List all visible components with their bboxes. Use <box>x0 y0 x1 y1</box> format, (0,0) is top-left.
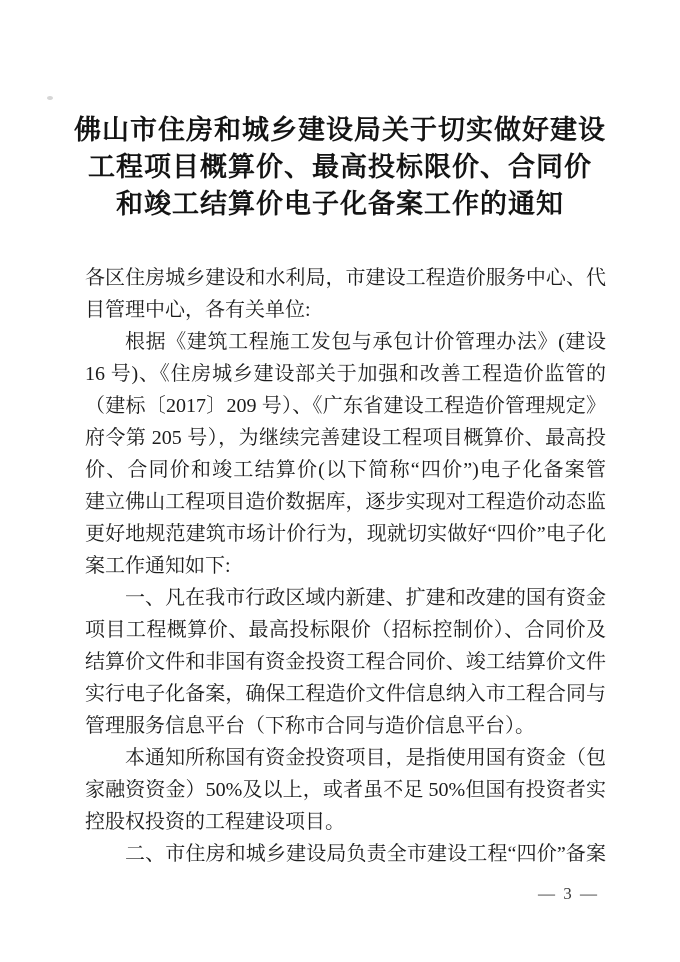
body-line: 各区住房城乡建设和水利局，市建设工程造价服务中心、代建项 <box>85 262 606 294</box>
preamble-paragraph: 根据《建筑工程施工发包与承包计价管理办法》(建设部令第 16 号)、《住房城乡建… <box>85 326 606 582</box>
body-line: 价、合同价和竣工结算价(以下简称“四价”)电子化备案管理， <box>85 454 606 486</box>
body-line: 管理服务信息平台（下称市合同与造价信息平台）。 <box>85 710 606 742</box>
document-body: 各区住房城乡建设和水利局，市建设工程造价服务中心、代建项 目管理中心，各有关单位… <box>85 262 606 870</box>
body-line: 案工作通知如下: <box>85 550 606 582</box>
body-line: 16 号)、《住房城乡建设部关于加强和改善工程造价监管的意见》 <box>85 358 606 390</box>
title-line: 佛山市住房和城乡建设局关于切实做好建设 <box>36 112 644 149</box>
body-line: 二、市住房和城乡建设局负责全市建设工程“四价”备案备 <box>85 838 606 870</box>
body-line: 实行电子化备案，确保工程造价文件信息纳入市工程合同与造价 <box>85 678 606 710</box>
body-line: 控股权投资的工程建设项目。 <box>85 806 606 838</box>
scan-artifact-speck <box>47 96 53 100</box>
scanned-document-page: 佛山市住房和城乡建设局关于切实做好建设 工程项目概算价、最高投标限价、合同价 和… <box>0 0 680 962</box>
body-line: 建立佛山工程项目造价数据库，逐步实现对工程造价动态监测， <box>85 486 606 518</box>
body-line: 一、凡在我市行政区域内新建、扩建和改建的国有资金投资 <box>85 582 606 614</box>
item-two-paragraph: 二、市住房和城乡建设局负责全市建设工程“四价”备案备 <box>85 838 606 870</box>
addressee-paragraph: 各区住房城乡建设和水利局，市建设工程造价服务中心、代建项 目管理中心，各有关单位… <box>85 262 606 326</box>
title-line: 和竣工结算价电子化备案工作的通知 <box>36 186 644 223</box>
item-one-paragraph: 一、凡在我市行政区域内新建、扩建和改建的国有资金投资 项目工程概算价、最高投标限… <box>85 582 606 742</box>
title-line: 工程项目概算价、最高投标限价、合同价 <box>36 149 644 186</box>
document-title: 佛山市住房和城乡建设局关于切实做好建设 工程项目概算价、最高投标限价、合同价 和… <box>36 112 644 223</box>
body-line: 家融资资金）50%及以上，或者虽不足 50%但国有投资者实际拥有 <box>85 774 606 806</box>
body-line: 项目工程概算价、最高投标限价（招标控制价）、合同价及竣工 <box>85 614 606 646</box>
state-funds-definition-paragraph: 本通知所称国有资金投资项目，是指使用国有资金（包括国 家融资资金）50%及以上，… <box>85 742 606 838</box>
body-line: 结算价文件和非国有资金投资工程合同价、竣工结算价文件均应 <box>85 646 606 678</box>
body-line: 府令第 205 号），为继续完善建设工程项目概算价、最高投标限 <box>85 422 606 454</box>
body-line: （建标〔2017〕209 号）、《广东省建设工程造价管理规定》（粤 <box>85 390 606 422</box>
body-line: 本通知所称国有资金投资项目，是指使用国有资金（包括国 <box>85 742 606 774</box>
page-number: — 3 — <box>538 884 618 904</box>
body-line: 目管理中心，各有关单位: <box>85 294 606 326</box>
body-line: 根据《建筑工程施工发包与承包计价管理办法》(建设部令第 <box>85 326 606 358</box>
body-line: 更好地规范建筑市场计价行为，现就切实做好“四价”电子化备 <box>85 518 606 550</box>
